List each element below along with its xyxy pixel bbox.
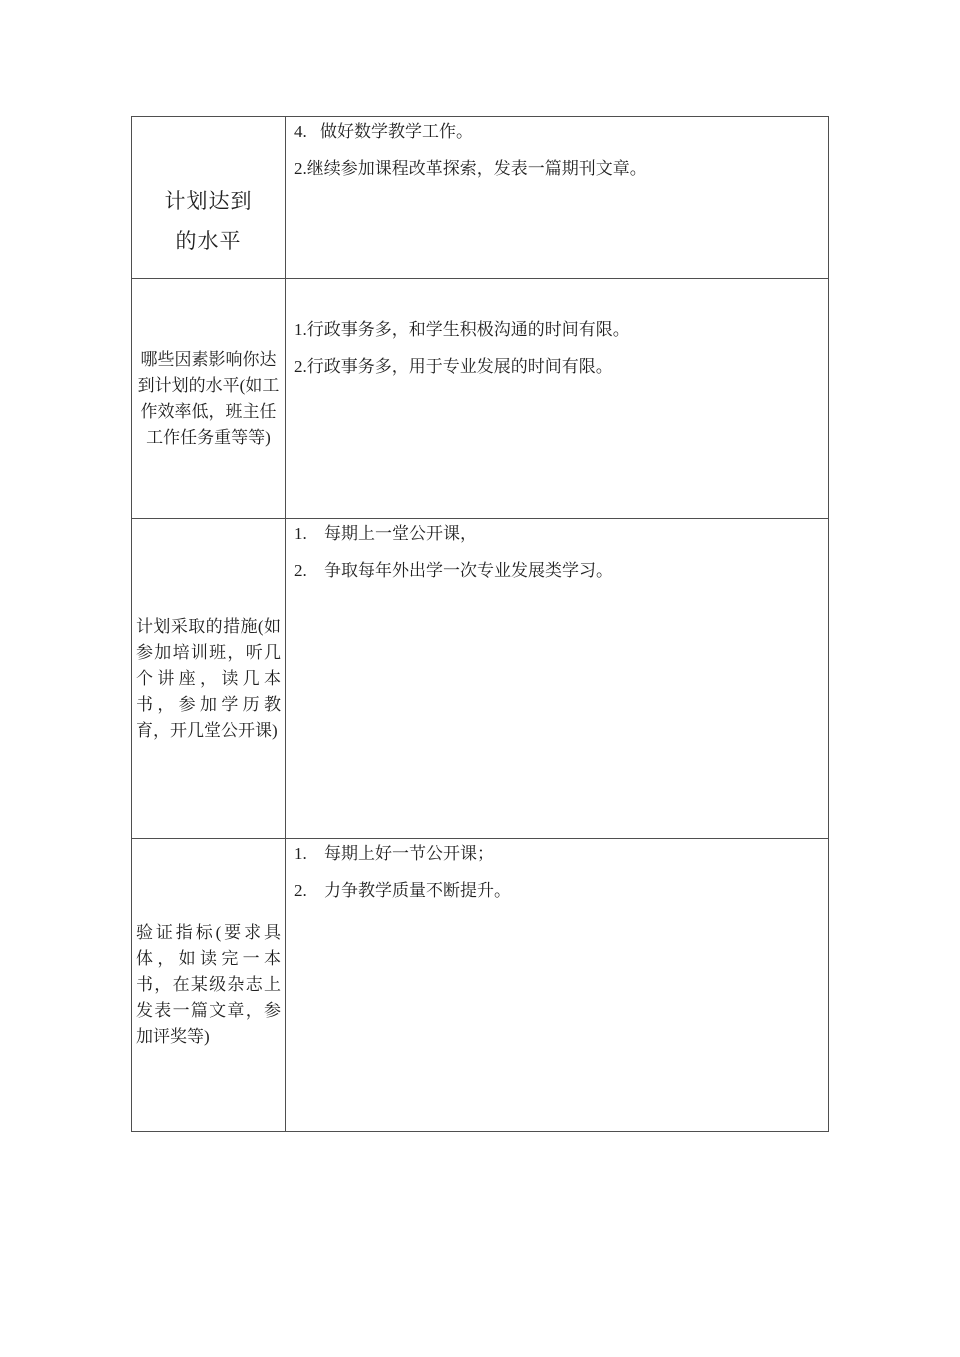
list-item: 2.争取每年外出学一次专业发展类学习。 (294, 558, 818, 584)
label-cell-verification-indicators: 验证指标(要求具体，如读完一本书，在某级杂志上发表一篇文章，参加评奖等) (132, 839, 286, 1132)
item-text: 力争教学质量不断提升。 (324, 881, 511, 900)
row-label: 计划达到 的水平 (136, 181, 281, 261)
item-number: 1. (294, 841, 324, 867)
list-item: 1.每期上好一节公开课； (294, 841, 818, 867)
list-item: 2.继续参加课程改革探索，发表一篇期刊文章。 (294, 156, 818, 182)
item-text: 行政事务多，用于专业发展的时间有限。 (307, 357, 613, 376)
item-number: 2. (294, 354, 307, 380)
label-cell-influencing-factors: 哪些因素影响你达到计划的水平(如工作效率低，班主任工作任务重等等) (132, 279, 286, 519)
content-cell-verification-indicators: 1.每期上好一节公开课； 2.力争教学质量不断提升。 (286, 839, 829, 1132)
list-item: 1.每期上一堂公开课， (294, 521, 818, 547)
list-item: 2.力争教学质量不断提升。 (294, 878, 818, 904)
content-cell-influencing-factors: 1.行政事务多，和学生积极沟通的时间有限。 2.行政事务多，用于专业发展的时间有… (286, 279, 829, 519)
item-text: 每期上一堂公开课， (324, 524, 477, 543)
row-label: 验证指标(要求具体，如读完一本书，在某级杂志上发表一篇文章，参加评奖等) (136, 920, 281, 1050)
list-item: 1.行政事务多，和学生积极沟通的时间有限。 (294, 317, 818, 343)
item-text: 做好数学教学工作。 (320, 122, 473, 141)
item-number: 2. (294, 558, 324, 584)
list-item: 4.做好数学教学工作。 (294, 119, 818, 145)
item-text: 继续参加课程改革探索，发表一篇期刊文章。 (307, 159, 647, 178)
item-text: 行政事务多，和学生积极沟通的时间有限。 (307, 320, 630, 339)
list-item: 2.行政事务多，用于专业发展的时间有限。 (294, 354, 818, 380)
row-label: 哪些因素影响你达到计划的水平(如工作效率低，班主任工作任务重等等) (136, 347, 281, 451)
label-cell-planned-level: 计划达到 的水平 (132, 117, 286, 279)
item-number: 2. (294, 156, 307, 182)
plan-table: 计划达到 的水平 4.做好数学教学工作。 2.继续参加课程改革探索，发表一篇期刊… (131, 116, 829, 1132)
label-cell-planned-measures: 计划采取的措施(如参加培训班，听几个讲座，读几本书，参加学历教育，开几堂公开课) (132, 519, 286, 839)
document-page: 计划达到 的水平 4.做好数学教学工作。 2.继续参加课程改革探索，发表一篇期刊… (0, 0, 960, 1357)
item-text: 争取每年外出学一次专业发展类学习。 (324, 561, 613, 580)
row-label: 计划采取的措施(如参加培训班，听几个讲座，读几本书，参加学历教育，开几堂公开课) (136, 614, 281, 744)
item-text: 每期上好一节公开课； (324, 844, 494, 863)
item-number: 4. (294, 119, 320, 145)
content-cell-planned-level: 4.做好数学教学工作。 2.继续参加课程改革探索，发表一篇期刊文章。 (286, 117, 829, 279)
item-number: 1. (294, 317, 307, 343)
item-number: 1. (294, 521, 324, 547)
content-cell-planned-measures: 1.每期上一堂公开课， 2.争取每年外出学一次专业发展类学习。 (286, 519, 829, 839)
item-number: 2. (294, 878, 324, 904)
